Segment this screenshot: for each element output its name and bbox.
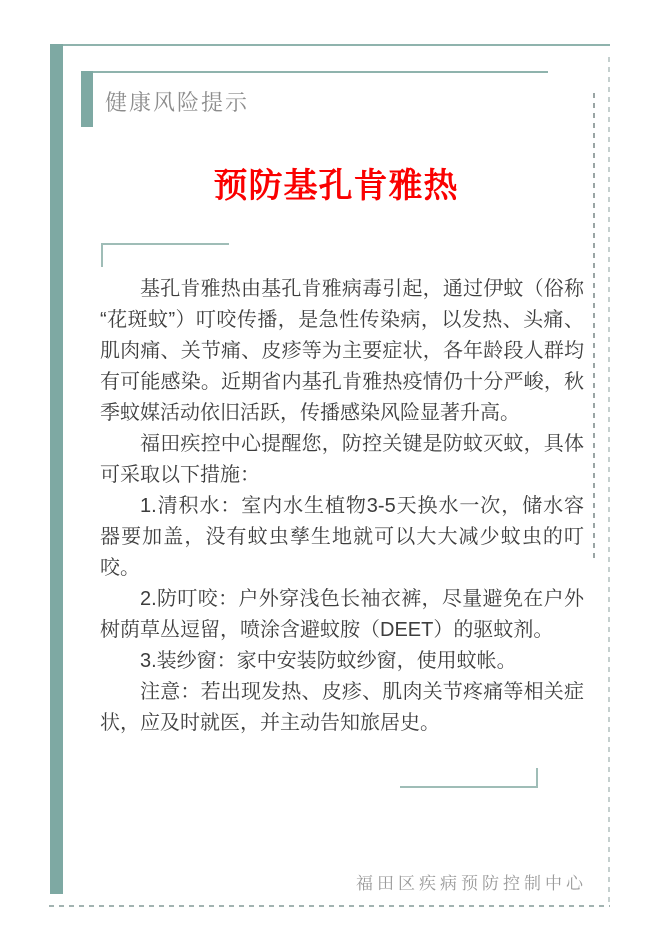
top-rule xyxy=(63,44,610,46)
notice-body: 基孔肯雅热由基孔肯雅病毒引起，通过伊蚊（俗称“花斑蚊”）叮咬传播，是急性传染病，… xyxy=(100,274,584,739)
corner-bracket-top-left xyxy=(101,243,229,267)
body-paragraph-notice: 注意：若出现发热、皮疹、肌肉关节疼痛等相关症状，应及时就医，并主动告知旅居史。 xyxy=(100,677,584,739)
corner-bracket-bottom-right xyxy=(400,768,538,788)
body-paragraph-measure-2: 2.防叮咬：户外穿浅色长袖衣裤，尽量避免在户外树荫草丛逗留，喷涂含避蚊胺（DEE… xyxy=(100,584,584,646)
header-accent-square xyxy=(81,71,93,127)
body-paragraph-measure-3: 3.装纱窗：家中安装防蚊纱窗，使用蚊帐。 xyxy=(100,646,584,677)
header-rule xyxy=(93,71,548,73)
notice-page: 健康风险提示 预防基孔肯雅热 基孔肯雅热由基孔肯雅病毒引起，通过伊蚊（俗称“花斑… xyxy=(0,0,660,952)
dashed-border-bottom xyxy=(49,905,610,907)
left-accent-bar xyxy=(50,44,63,894)
body-paragraph-intro: 基孔肯雅热由基孔肯雅病毒引起，通过伊蚊（俗称“花斑蚊”）叮咬传播，是急性传染病，… xyxy=(100,274,584,429)
footer-organization: 福田区疾病预防控制中心 xyxy=(356,869,587,894)
page-title: 预防基孔肯雅热 xyxy=(63,158,609,207)
header-label: 健康风险提示 xyxy=(105,86,249,117)
body-paragraph-measure-1: 1.清积水：室内水生植物3-5天换水一次，储水容器要加盖，没有蚊虫孳生地就可以大… xyxy=(100,491,584,584)
body-paragraph-reminder: 福田疾控中心提醒您，防控关键是防蚊灭蚊，具体可采取以下措施： xyxy=(100,429,584,491)
